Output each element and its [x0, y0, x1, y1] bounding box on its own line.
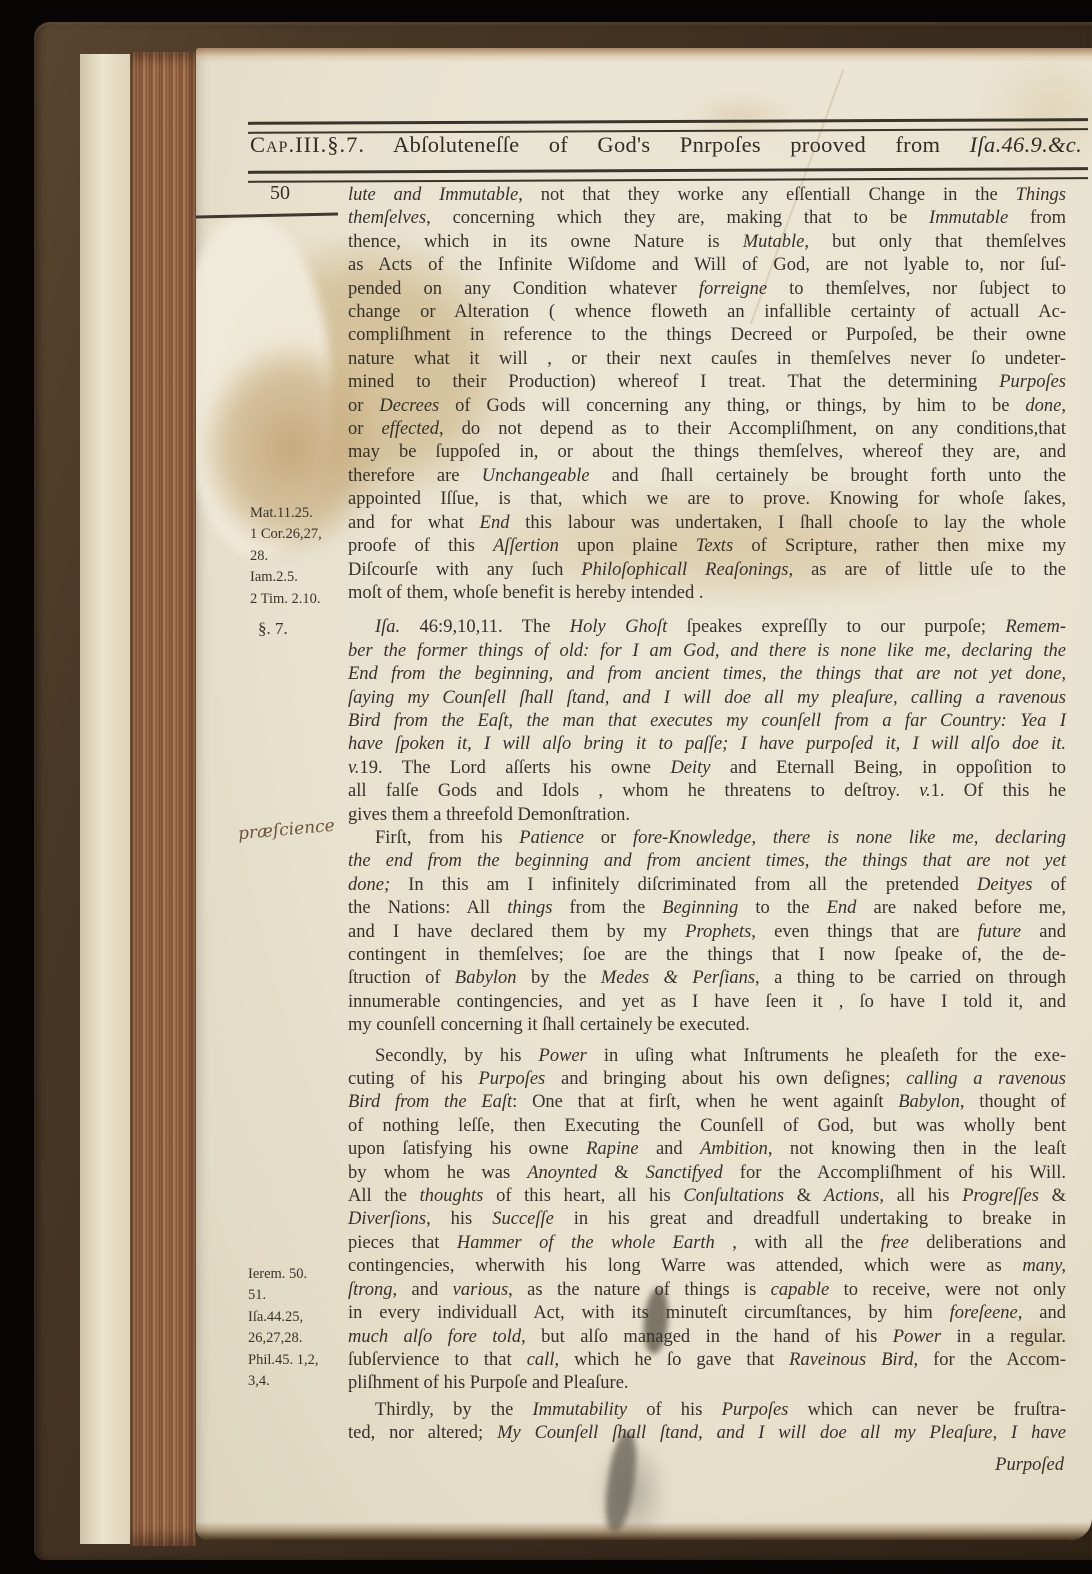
- paragraph-first: Firſt, from his Patience or fore-Knowled…: [348, 827, 1066, 1038]
- text-line: the end from the beginning and from anci…: [348, 850, 1066, 873]
- text-line: the Nations: All things from the Beginni…: [348, 897, 1066, 920]
- text-line: ſubſervience to that call, which he ſo g…: [348, 1349, 1066, 1372]
- paragraph-section-7: Iſa. 46:9,10,11. The Holy Ghoſt ſpeakes …: [348, 616, 1066, 827]
- text-line: done; In this am I infinitely diſcrimina…: [348, 874, 1066, 897]
- text-line: may be ſuppoſed in, or about the things …: [348, 441, 1066, 464]
- text-line: of nothing leſſe, then Executing the Cou…: [348, 1115, 1066, 1138]
- paragraph-secondly: Secondly, by his Power in uſing what Inſ…: [348, 1045, 1066, 1396]
- text-line: mined to their Production) whereof I tre…: [348, 371, 1066, 394]
- text-line: all falſe Gods and Idols , whom he threa…: [348, 780, 1066, 803]
- text-line: as Acts of the Infinite Wiſdome and Will…: [348, 254, 1066, 277]
- stain: [966, 48, 1092, 186]
- text-line: innumerable contingencies, and yet as I …: [348, 991, 1066, 1014]
- margin-handwritten-note: præſcience: [237, 816, 335, 846]
- text-line: End from the beginning, and from ancient…: [348, 663, 1066, 686]
- text-line: pliſhment of his Purpoſe and Pleaſure.: [348, 1372, 1066, 1395]
- text-line: Thirdly, by the Immutability of his Purp…: [348, 1399, 1066, 1422]
- text-line: pieces that Hammer of the whole Earth , …: [348, 1232, 1066, 1255]
- text-line: cuting of his Purpoſes and bringing abou…: [348, 1068, 1066, 1091]
- text-line: appointed Iſſue, is that, which we are t…: [348, 488, 1066, 511]
- text-line: by whom he was Anoynted & Sanctifyed for…: [348, 1162, 1066, 1185]
- margin-scripture-refs-2: Ierem. 50.51.Iſa.44.25,26,27,28.Phil.45.…: [248, 1264, 350, 1392]
- scanned-book-photo: Cap.III.§.7. Abſoluteneſſe of God's Pnrp…: [0, 0, 1092, 1574]
- header-scripture-ref: Iſa.46.9.&c.: [970, 132, 1082, 157]
- text-line: Phil.45. 1,2,: [248, 1350, 350, 1371]
- text-line: upon ſatisfying his owne Rapine and Ambi…: [348, 1138, 1066, 1161]
- paragraph-thirdly: Thirdly, by the Immutability of his Purp…: [348, 1399, 1066, 1446]
- text-line: 26,27,28.: [248, 1328, 350, 1349]
- text-line: pended on any Condition whatever forreig…: [348, 278, 1066, 301]
- text-line: Diverſions, his Succeſſe in his great an…: [348, 1208, 1066, 1231]
- text-line: contingent in themſelves; ſoe are the th…: [348, 944, 1066, 967]
- text-line: Mat.11.25.: [250, 503, 350, 524]
- text-line: have ſpoken it, I will alſo bring it to …: [348, 733, 1066, 756]
- text-line: ſtruction of Babylon by the Medes & Perſ…: [348, 967, 1066, 990]
- text-line: and for what End this labour was underta…: [348, 512, 1066, 535]
- text-line: 1 Cor.26,27,: [250, 524, 350, 545]
- book-page: Cap.III.§.7. Abſoluteneſſe of God's Pnrp…: [196, 48, 1092, 1540]
- text-line: my counſell concerning it ſhall certaine…: [348, 1014, 1066, 1037]
- text-line: lute and Immutable, not that they worke …: [348, 184, 1066, 207]
- text-line: much alſo fore told, but alſo managed in…: [348, 1326, 1066, 1349]
- text-line: Secondly, by his Power in uſing what Inſ…: [348, 1045, 1066, 1068]
- text-line: change or Alteration ( whence floweth an…: [348, 301, 1066, 324]
- page-block-endpaper: [80, 54, 130, 1544]
- catchword: Purpoſed: [348, 1454, 1066, 1477]
- text-line: Iam.2.5.: [250, 567, 350, 588]
- text-line: nature what it will , or their next cauſ…: [348, 348, 1066, 371]
- paragraph-continuation: lute and Immutable, not that they worke …: [348, 184, 1066, 605]
- text-line: All the thoughts of this heart, all his …: [348, 1185, 1066, 1208]
- margin-scripture-refs-1: Mat.11.25.1 Cor.26,27,28.Iam.2.5.2 Tim. …: [250, 503, 350, 610]
- running-header: Cap.III.§.7. Abſoluteneſſe of God's Pnrp…: [250, 132, 1082, 158]
- page-number: 50: [270, 182, 290, 205]
- header-rule-bottom: [248, 167, 1088, 183]
- text-line: thence, which in its owne Nature is Muta…: [348, 231, 1066, 254]
- text-line: Iſa.44.25,: [248, 1307, 350, 1328]
- text-line: Firſt, from his Patience or fore-Knowled…: [348, 827, 1066, 850]
- text-line: Ierem. 50.: [248, 1264, 350, 1285]
- margin-section-number: §. 7.: [258, 618, 288, 639]
- text-line: ber the former things of old: for I am G…: [348, 640, 1066, 663]
- text-line: Bird from the Eaſt: One that at firſt, w…: [348, 1091, 1066, 1114]
- text-line: moſt of them, whoſe benefit is hereby in…: [348, 582, 1066, 605]
- burned-top-edge: [196, 48, 1092, 62]
- text-line: Iſa. 46:9,10,11. The Holy Ghoſt ſpeakes …: [348, 616, 1066, 639]
- text-line: therefore are Unchangeable and ſhall cer…: [348, 465, 1066, 488]
- text-line: proofe of this Aſſertion upon plaine Tex…: [348, 535, 1066, 558]
- text-line: 3,4.: [248, 1371, 350, 1392]
- text-line: Bird from the Eaſt, the man that execute…: [348, 710, 1066, 733]
- chapter-heading: Cap.III.§.7.: [250, 132, 365, 157]
- text-line: ſaying my Counſell ſhall ſtand, and I wi…: [348, 687, 1066, 710]
- text-line: 51.: [248, 1285, 350, 1306]
- page-number-rule: [196, 213, 338, 219]
- text-line: ted, nor altered; My Counſell ſhall ſtan…: [348, 1422, 1066, 1445]
- burned-bottom-edge: [196, 1522, 1092, 1540]
- text-line: contingencies, wherwith his long Warre w…: [348, 1255, 1066, 1278]
- text-line: compliſhment in reference to the things …: [348, 324, 1066, 347]
- text-line: themſelves, concerning which they are, m…: [348, 207, 1066, 230]
- text-line: 28.: [250, 546, 350, 567]
- text-line: v.19. The Lord aſſerts his owne Deity an…: [348, 757, 1066, 780]
- text-line: in every individuall Act, with its minut…: [348, 1302, 1066, 1325]
- page-fore-edges: [130, 52, 196, 1546]
- header-title: Abſoluteneſſe of God's Pnrpoſes prooved …: [393, 132, 940, 157]
- text-line: ſtrong, and various, as the nature of th…: [348, 1279, 1066, 1302]
- text-line: or Decrees of Gods will concerning any t…: [348, 395, 1066, 418]
- text-line: and I have declared them by my Prophets,…: [348, 921, 1066, 944]
- body-text: lute and Immutable, not that they worke …: [348, 184, 1066, 1477]
- text-line: Diſcourſe with any ſuch Philoſophicall R…: [348, 559, 1066, 582]
- text-line: 2 Tim. 2.10.: [250, 589, 350, 610]
- text-line: gives them a threefold Demonſtration.: [348, 804, 1066, 827]
- text-line: or effected, do not depend as to their A…: [348, 418, 1066, 441]
